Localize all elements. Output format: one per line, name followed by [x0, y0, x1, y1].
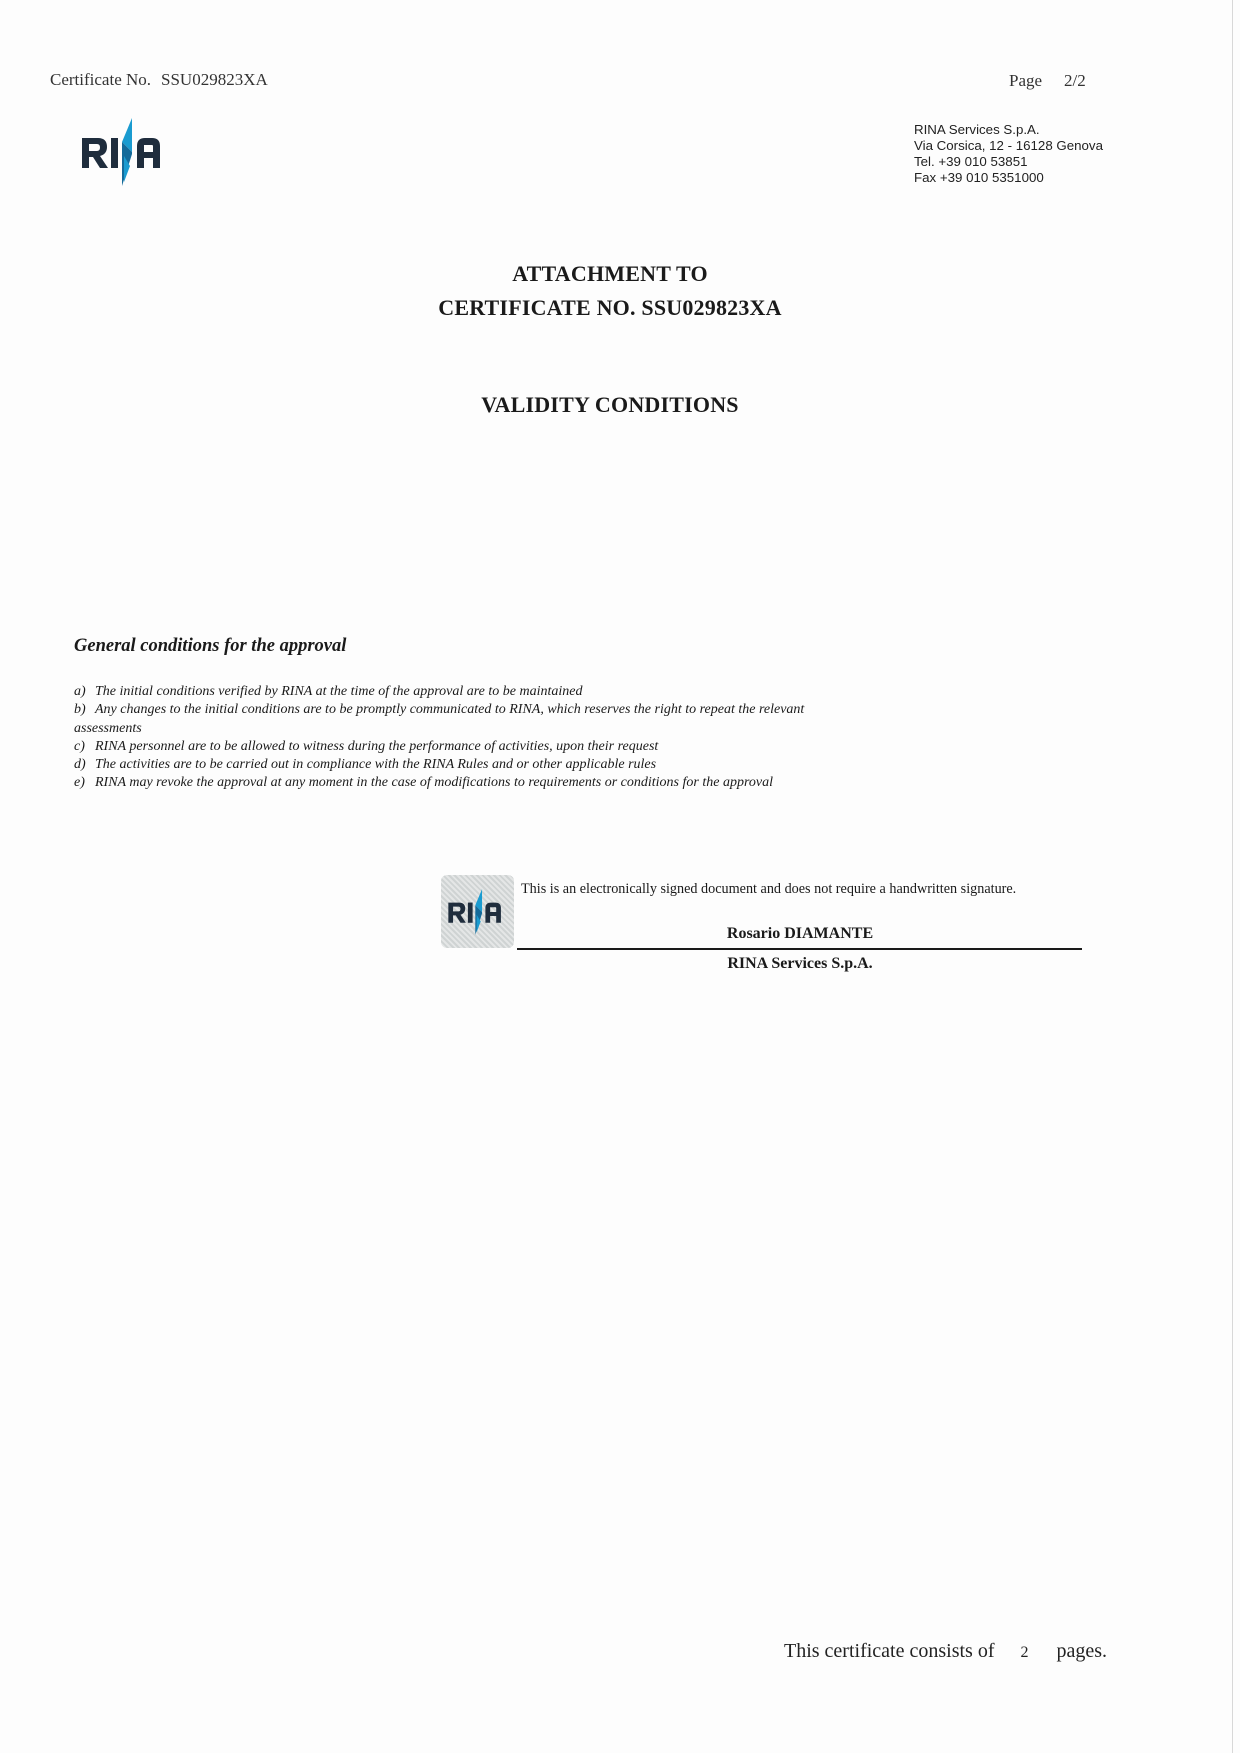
- title-attachment: ATTACHMENT TO: [0, 261, 1220, 287]
- condition-text: The activities are to be carried out in …: [95, 756, 656, 774]
- signer-organization: RINA Services S.p.A.: [520, 955, 1080, 973]
- page-count-suffix: pages.: [1057, 1640, 1108, 1662]
- page-count-value: 2: [1021, 1644, 1029, 1661]
- page-indicator: Page2/2: [1009, 71, 1086, 91]
- condition-continuation: assessments: [74, 720, 914, 738]
- conditions-list: a) The initial conditions verified by RI…: [74, 683, 914, 793]
- signer-name: Rosario DIAMANTE: [520, 925, 1080, 943]
- condition-letter: e): [74, 774, 95, 792]
- page-edge-line: [1232, 0, 1233, 1753]
- title-certificate: CERTIFICATE NO. SSU029823XA: [0, 295, 1220, 321]
- title-validity-conditions: VALIDITY CONDITIONS: [0, 392, 1220, 418]
- page-label: Page: [1009, 71, 1042, 90]
- signature-line: [517, 948, 1082, 950]
- certificate-label: Certificate No.: [50, 70, 151, 89]
- condition-item: c) RINA personnel are to be allowed to w…: [74, 738, 914, 756]
- certificate-number: Certificate No.SSU029823XA: [50, 70, 268, 90]
- condition-text: RINA may revoke the approval at any mome…: [95, 774, 773, 792]
- general-conditions-heading: General conditions for the approval: [74, 636, 346, 657]
- condition-letter: c): [74, 738, 95, 756]
- condition-letter: b): [74, 701, 95, 719]
- address-street: Via Corsica, 12 - 16128 Genova: [914, 138, 1103, 154]
- condition-letter: d): [74, 756, 95, 774]
- condition-item: d) The activities are to be carried out …: [74, 756, 914, 774]
- condition-item: a) The initial conditions verified by RI…: [74, 683, 914, 701]
- condition-text: RINA personnel are to be allowed to witn…: [95, 738, 658, 756]
- page-value: 2/2: [1064, 71, 1086, 90]
- address-fax: Fax +39 010 5351000: [914, 170, 1103, 186]
- condition-item: e) RINA may revoke the approval at any m…: [74, 774, 914, 792]
- address-tel: Tel. +39 010 53851: [914, 154, 1103, 170]
- issuer-address: RINA Services S.p.A. Via Corsica, 12 - 1…: [914, 122, 1103, 186]
- condition-text: Any changes to the initial conditions ar…: [95, 701, 804, 719]
- condition-text: The initial conditions verified by RINA …: [95, 683, 582, 701]
- signature-seal-icon: [441, 875, 514, 948]
- page-count-prefix: This certificate consists of: [784, 1640, 995, 1662]
- condition-letter: a): [74, 683, 95, 701]
- page-count-note: This certificate consists of2pages.: [784, 1640, 1107, 1663]
- condition-item: b) Any changes to the initial conditions…: [74, 701, 914, 719]
- rina-logo-icon: [80, 116, 172, 188]
- address-company: RINA Services S.p.A.: [914, 122, 1103, 138]
- certificate-value: SSU029823XA: [161, 70, 268, 89]
- electronic-signature-note: This is an electronically signed documen…: [521, 881, 1016, 898]
